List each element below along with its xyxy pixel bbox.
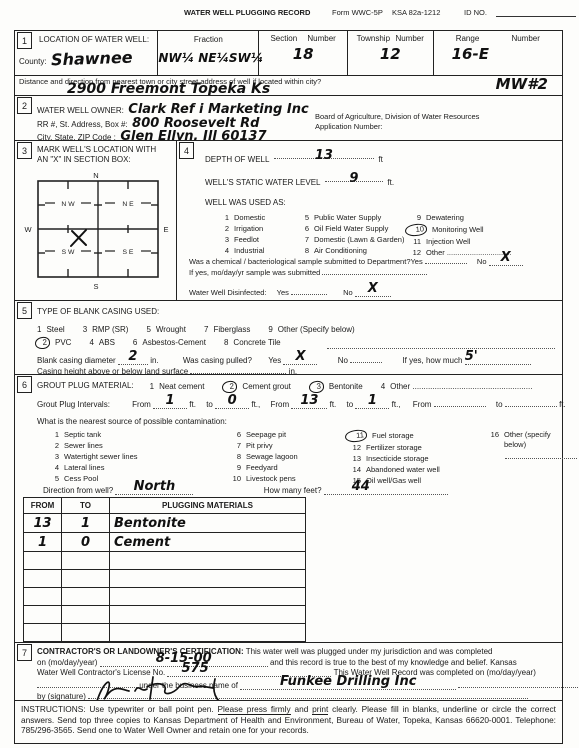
option-num: 3 (43, 452, 59, 462)
static-level-value: 9 (349, 171, 358, 186)
interval1-to-fill: 0 (215, 399, 249, 409)
option-num: 1 (43, 430, 59, 440)
quadrant-sw-label: S W (62, 249, 75, 256)
ksa-statute: KSA 82a-1212 (392, 8, 440, 18)
business-name-value: Funkee Drilling Inc (280, 674, 416, 689)
table-row (24, 552, 306, 570)
form-title: WATER WELL PLUGGING RECORD (184, 8, 310, 18)
option-num: 6 (293, 224, 309, 234)
option-label: Cess Pool (64, 474, 98, 484)
option-1: 1Steel (37, 325, 65, 335)
table-cell-value: 0 (81, 535, 90, 550)
disinfected-no-mark: X (368, 281, 378, 296)
form-number: Form WWC-5P (332, 8, 383, 18)
option-6: 6Oil Field Water Supply (293, 224, 404, 234)
section7-certification: 7 CONTRACTOR'S OR LANDOWNER'S CERTIFICAT… (14, 642, 563, 702)
option-8: 8Sewage lagoon (225, 452, 298, 462)
option-label: Insecticide storage (366, 454, 429, 464)
direction-fill: North (115, 485, 193, 495)
cell-fraction: Fraction NW¼ NE¼SW¼ (157, 31, 258, 75)
section3-4-wrapper: 3 MARK WELL'S LOCATION WITH AN "X" IN SE… (14, 140, 563, 302)
table-cell (110, 588, 306, 606)
compass-w-label: W (24, 225, 32, 234)
static-level-fill: 9 (325, 172, 383, 182)
section1-title: LOCATION OF WATER WELL: (39, 35, 157, 45)
option-12: 12Fertilizer storage (345, 443, 440, 453)
option-label: Lateral lines (64, 463, 104, 473)
table-cell-value: Cement (114, 535, 170, 550)
table-cell (110, 606, 306, 624)
option-label: Oil Field Water Supply (314, 224, 388, 234)
option-14: 14Abandoned water well (345, 465, 440, 475)
township-number-label: Number (395, 34, 423, 43)
chem-date-blank (322, 265, 427, 275)
casing-other-blank (327, 339, 555, 349)
chem-yes-blank (425, 254, 467, 264)
section-number-label: Number (307, 34, 335, 43)
casing-height-blank (190, 364, 286, 374)
section1-number: 1 (17, 32, 32, 49)
option-num: 4 (43, 463, 59, 473)
interval3-from-label: From (413, 400, 432, 409)
option-1: 1Septic tank (43, 430, 138, 440)
option-5: 5Wrought (146, 325, 186, 335)
option-4: 4Lateral lines (43, 463, 138, 473)
section2-number: 2 (17, 97, 32, 114)
option-4: 4Other .................................… (381, 382, 533, 392)
well-location-x-mark (71, 230, 86, 246)
casing-options-row1: 1Steel3RMP (SR)5Wrought7Fiberglass9Other… (37, 325, 373, 335)
option-label: Concrete Tile (233, 338, 280, 348)
pulled-no-label: No (338, 356, 348, 365)
option-3: 3Bentonite (309, 381, 363, 393)
option-label: ABS (99, 338, 115, 348)
option-label: Domestic (Lawn & Garden) (314, 235, 404, 245)
option-9: 9Feedyard (225, 463, 298, 473)
option-num: 7 (225, 441, 241, 451)
option-6: 6Seepage pit (225, 430, 298, 440)
table-cell-value: Bentonite (114, 516, 186, 531)
option-label: Domestic (234, 213, 265, 223)
board-line2: Application Number: (315, 122, 383, 132)
instructions-text-segment: and (291, 704, 313, 714)
range-value: 16-E (434, 45, 562, 63)
disinfected-yes-blank (291, 285, 327, 295)
quadrant-se-label: S E (123, 249, 134, 256)
compass-s-label: S (93, 282, 98, 291)
compass-n-label: N (93, 171, 98, 180)
option-num: 5 (146, 325, 150, 335)
contamination-col1: 1Septic tank2Sewer lines3Watertight sewe… (43, 430, 138, 485)
interval3-to-label: to (496, 400, 503, 409)
how-much-value: 5' (465, 349, 478, 364)
interval3-from-blank (434, 397, 486, 407)
table-cell (24, 570, 62, 588)
depth-fill: 13 (274, 149, 374, 159)
option-num-circled: 2 (35, 336, 51, 349)
option-num: 11 (405, 237, 421, 247)
interval1-to-value: 0 (228, 393, 237, 408)
intervals-label: Grout Plug Intervals: (37, 400, 110, 409)
interval1-to-label: to (206, 400, 213, 409)
option-num: 4 (381, 382, 385, 392)
depth-value: 13 (315, 148, 333, 163)
feet-label: How many feet? (264, 486, 322, 495)
completed-on-label: on (mo/day/year) (37, 658, 97, 667)
interval3-to-blank (505, 397, 557, 407)
option-6: 6Asbestos-Cement (133, 338, 206, 348)
option-num: 8 (225, 452, 241, 462)
feet-fill: 44 (324, 485, 448, 495)
option-label: Sewer lines (64, 441, 103, 451)
option-7: 7Pit privy (225, 441, 298, 451)
option-num: 8 (224, 338, 228, 348)
table-cell (110, 624, 306, 642)
table-row: 131Bentonite (24, 514, 306, 533)
option-16: 16Other (specify below) (483, 430, 562, 450)
option-label: RMP (SR) (92, 325, 128, 335)
option-5: 5Public Water Supply (293, 213, 404, 223)
option-num: 9 (268, 325, 272, 335)
section3-location-diagram: 3 MARK WELL'S LOCATION WITH AN "X" IN SE… (15, 141, 177, 301)
cell-county: 1 LOCATION OF WATER WELL: County: Shawne… (15, 31, 157, 75)
option-num: 9 (225, 463, 241, 473)
option-10: 10Livestock pens (225, 474, 298, 484)
township-value: 12 (348, 45, 433, 63)
id-no-blank (496, 7, 576, 17)
section5-title: TYPE OF BLANK CASING USED: (37, 307, 159, 317)
township-label: Township (357, 34, 390, 43)
table-row (24, 588, 306, 606)
static-level-unit: ft. (387, 178, 394, 187)
option-label: Bentonite (329, 382, 363, 392)
casing-options-row2: 2PVC4ABS6Asbestos-Cement8Concrete Tile (35, 337, 299, 349)
compass-e-label: E (163, 225, 168, 234)
option-label: Watertight sewer lines (64, 452, 138, 462)
how-much-label: If yes, how much (402, 356, 462, 365)
option-label: Dewatering (426, 213, 464, 223)
option-num-circled: 2 (222, 380, 238, 393)
option-num: 13 (345, 454, 361, 464)
option-label: Public Water Supply (314, 213, 381, 223)
option-num: 3 (213, 235, 229, 245)
grout-options-row: 1Neat cement2Cement grout3Bentonite4Othe… (150, 381, 551, 393)
option-label: Pit privy (246, 441, 273, 451)
certification-text1: This water well was plugged under my jur… (246, 647, 493, 656)
table-cell: 1 (24, 533, 62, 552)
disinfected-yes-label: Yes (277, 288, 289, 297)
table-cell (110, 552, 306, 570)
option-1: 1Domestic (213, 213, 265, 223)
option-num: 1 (150, 382, 154, 392)
chem-if-yes-label: If yes, mo/day/yr sample was submitted (189, 268, 320, 277)
interval3-ft: ft. (559, 400, 566, 409)
option-2: 2Irrigation (213, 224, 265, 234)
option-3: 3RMP (SR) (83, 325, 129, 335)
table-cell (62, 624, 110, 642)
cell-section: SectionNumber 18 (258, 31, 347, 75)
option-num: 1 (37, 325, 41, 335)
table-header-from: FROM (24, 498, 62, 514)
grout-material-label: GROUT PLUG MATERIAL: (37, 381, 134, 393)
table-row (24, 570, 306, 588)
water-well-plugging-record-form: WATER WELL PLUGGING RECORD Form WWC-5P K… (0, 0, 579, 748)
option-num-circled: 11 (345, 429, 368, 443)
option-10: 10Monitoring Well (405, 224, 511, 236)
option-13: 13Insecticide storage (345, 454, 440, 464)
option-label: Steel (46, 325, 64, 335)
direction-value: North (134, 479, 176, 494)
section6-number: 6 (17, 376, 32, 393)
option-num: 10 (225, 474, 241, 484)
option-label: Other ..................................… (390, 382, 532, 392)
option-label: Fuel storage (372, 431, 414, 441)
option-label: Other (specify below) (504, 430, 562, 450)
option-label: Seepage pit (246, 430, 286, 440)
option-label: Monitoring Well (432, 225, 484, 235)
table-cell (24, 624, 62, 642)
table-row: 10Cement (24, 533, 306, 552)
option-label: Livestock pens (246, 474, 296, 484)
table-cell (24, 552, 62, 570)
id-no-label: ID NO. (464, 8, 487, 18)
interval2-from-label: From (270, 400, 289, 409)
option-9: 9Other (Specify below) (268, 325, 354, 335)
option-label: Fiberglass (213, 325, 250, 335)
option-4: 4ABS (89, 338, 114, 348)
section5-casing: 5 TYPE OF BLANK CASING USED: 1Steel3RMP … (14, 300, 563, 376)
depth-unit: ft (378, 155, 382, 164)
instructions-box: INSTRUCTIONS: Use typewriter or ball poi… (14, 700, 563, 744)
certification-text2: and this record is true to the best of m… (270, 658, 517, 667)
cell-range: RangeNumber 16-E (433, 31, 562, 75)
quadrant-nw-label: N W (61, 201, 75, 208)
option-label: Fertilizer storage (366, 443, 422, 453)
direction-label: Direction from well? (43, 486, 113, 495)
table-header-to: TO (62, 498, 110, 514)
option-num: 7 (293, 235, 309, 245)
interval2-ft: ft. (330, 400, 337, 409)
section2-owner: 2 WATER WELL OWNER: Clark Ref i Marketin… (14, 95, 563, 141)
pulled-no-blank (350, 353, 382, 363)
table-cell: Bentonite (110, 514, 306, 533)
table-row (24, 606, 306, 624)
option-num: 2 (43, 441, 59, 451)
well-id-value: MW#2 (496, 75, 548, 93)
table-cell (24, 606, 62, 624)
section3-number: 3 (17, 142, 32, 159)
option-2: 2PVC (35, 337, 71, 349)
option-3: 3Watertight sewer lines (43, 452, 138, 462)
option-7: 7Domestic (Lawn & Garden) (293, 235, 404, 245)
option-num: 3 (83, 325, 87, 335)
table-cell (110, 570, 306, 588)
interval1-ft: ft. (189, 400, 196, 409)
option-num: 16 (483, 430, 499, 440)
diameter-value: 2 (128, 349, 137, 364)
table-cell: 13 (24, 514, 62, 533)
option-label: PVC (55, 338, 71, 348)
option-1: 1Neat cement (150, 382, 205, 392)
feet-value: 44 (352, 479, 370, 494)
option-label: Feedlot (234, 235, 259, 245)
option-2: 2Sewer lines (43, 441, 138, 451)
interval2-to-fill: 1 (355, 399, 389, 409)
table-cell (62, 552, 110, 570)
option-label: Wrought (156, 325, 186, 335)
interval1-from-fill: 1 (153, 399, 187, 409)
section-label: Section (270, 34, 297, 43)
option-label: Irrigation (234, 224, 263, 234)
board-line1: Board of Agriculture, Division of Water … (315, 112, 479, 122)
option-label: Feedyard (246, 463, 278, 473)
interval1-ft2: ft., (251, 400, 260, 409)
option-11: 11Fuel storage (345, 430, 440, 442)
used-as-col2: 5Public Water Supply6Oil Field Water Sup… (293, 213, 404, 257)
option-num: 4 (89, 338, 93, 348)
used-as-col1: 1Domestic2Irrigation3Feedlot4Industrial (213, 213, 265, 257)
county-label: County: (19, 57, 47, 66)
table-cell-value: 1 (81, 516, 90, 531)
option-num: 5 (293, 213, 309, 223)
option-num: 14 (345, 465, 361, 475)
section3-title-line1: MARK WELL'S LOCATION WITH (37, 145, 156, 155)
option-num: 9 (405, 213, 421, 223)
pulled-yes-mark: X (295, 349, 305, 364)
business-trailer-dots (458, 678, 578, 688)
range-label: Range (456, 34, 480, 43)
fraction-value: NW¼ NE¼SW¼ (158, 51, 258, 65)
section-box-diagram: N N W (20, 169, 172, 295)
option-label: Cement grout (242, 382, 290, 392)
option-3: 3Feedlot (213, 235, 265, 245)
option-num-circled: 10 (405, 223, 428, 237)
option-5: 5Cess Pool (43, 474, 138, 484)
table-cell: 1 (62, 514, 110, 533)
instructions-text: INSTRUCTIONS: Use typewriter or ball poi… (15, 701, 562, 736)
option-label: Injection Well (426, 237, 470, 247)
range-number-label: Number (511, 34, 539, 43)
option-2: 2Cement grout (222, 381, 290, 393)
section7-number: 7 (17, 644, 32, 661)
used-as-label: WELL WAS USED AS: (205, 198, 286, 208)
cell-township: TownshipNumber 12 (347, 31, 433, 75)
section-value: 18 (259, 45, 347, 63)
plugging-materials-table: FROMTOPLUGGING MATERIALS131Bentonite10Ce… (23, 497, 306, 642)
table-cell (62, 606, 110, 624)
chem-no-fill: X (489, 256, 523, 266)
contamination-label: What is the nearest source of possible c… (37, 417, 227, 427)
section6-grout: 6 GROUT PLUG MATERIAL: 1Neat cement2Ceme… (14, 374, 563, 644)
option-9: 9Dewatering (405, 213, 511, 223)
option-label: Sewage lagoon (246, 452, 298, 462)
chem-no-label: No (477, 257, 487, 266)
disinfected-no-label: No (343, 288, 353, 297)
option-num: 1 (213, 213, 229, 223)
interval1-from-label: From (132, 400, 151, 409)
table-header-plugging-materials: PLUGGING MATERIALS (110, 498, 306, 514)
interval1-from-value: 1 (166, 393, 175, 408)
interval2-to-label: to (347, 400, 354, 409)
disinfected-no-fill: X (355, 287, 391, 297)
section5-number: 5 (17, 302, 32, 319)
table-cell-value: 1 (38, 535, 47, 550)
option-num: 6 (133, 338, 137, 348)
table-cell (24, 588, 62, 606)
certification-title: CONTRACTOR'S OR LANDOWNER'S CERTIFICATIO… (37, 647, 244, 656)
option-7: 7Fiberglass (204, 325, 250, 335)
instructions-underlined-text: Please press firmly (218, 704, 291, 715)
option-num: 5 (43, 474, 59, 484)
option-num: 2 (213, 224, 229, 234)
contamination-col2: 6Seepage pit7Pit privy8Sewage lagoon9Fee… (225, 430, 298, 485)
table-cell (62, 570, 110, 588)
option-num: 6 (225, 430, 241, 440)
disinfected-label: Water Well Disinfected: (189, 288, 267, 297)
interval2-from-value: 13 (300, 393, 318, 408)
option-label: Septic tank (64, 430, 101, 440)
section1-location: 1 LOCATION OF WATER WELL: County: Shawne… (14, 30, 563, 96)
table-row (24, 624, 306, 642)
distance-row: Distance and direction from nearest town… (15, 75, 562, 96)
instructions-underlined-text: print (312, 704, 328, 715)
section3-title-line2: AN "X" IN SECTION BOX: (37, 155, 131, 165)
depth-label: DEPTH OF WELL (205, 155, 269, 164)
quadrant-ne-label: N E (122, 201, 134, 208)
instructions-text-segment: INSTRUCTIONS: Use typewriter or ball poi… (21, 704, 218, 714)
interval2-ft2: ft., (392, 400, 401, 409)
table-cell: Cement (110, 533, 306, 552)
section4-number: 4 (179, 142, 194, 159)
fraction-label: Fraction (158, 31, 258, 45)
how-much-fill: 5' (465, 355, 531, 365)
chem-no-mark: X (501, 250, 511, 265)
static-level-label: WELL'S STATIC WATER LEVEL (205, 178, 320, 187)
county-value: Shawnee (51, 48, 133, 70)
used-as-col3: 9Dewatering10Monitoring Well11Injection … (405, 213, 511, 259)
table-cell: 0 (62, 533, 110, 552)
table-cell (62, 588, 110, 606)
option-label: Other (Specify below) (278, 325, 355, 335)
section4-well-info: 4 DEPTH OF WELL 13 ft WELL'S STATIC WATE… (177, 141, 564, 301)
contamination-other-blank (505, 449, 577, 459)
interval2-to-value: 1 (368, 393, 377, 408)
option-label: Abandoned water well (366, 465, 440, 475)
option-label: Asbestos-Cement (142, 338, 206, 348)
option-8: 8Concrete Tile (224, 338, 281, 348)
option-11: 11Injection Well (405, 237, 511, 247)
interval2-from-fill: 13 (291, 399, 327, 409)
option-num-circled: 3 (308, 380, 324, 393)
contamination-col4: 16Other (specify below) (483, 430, 562, 451)
option-label: Neat cement (159, 382, 204, 392)
option-num: 7 (204, 325, 208, 335)
option-num: 12 (345, 443, 361, 453)
table-cell-value: 13 (33, 516, 51, 531)
